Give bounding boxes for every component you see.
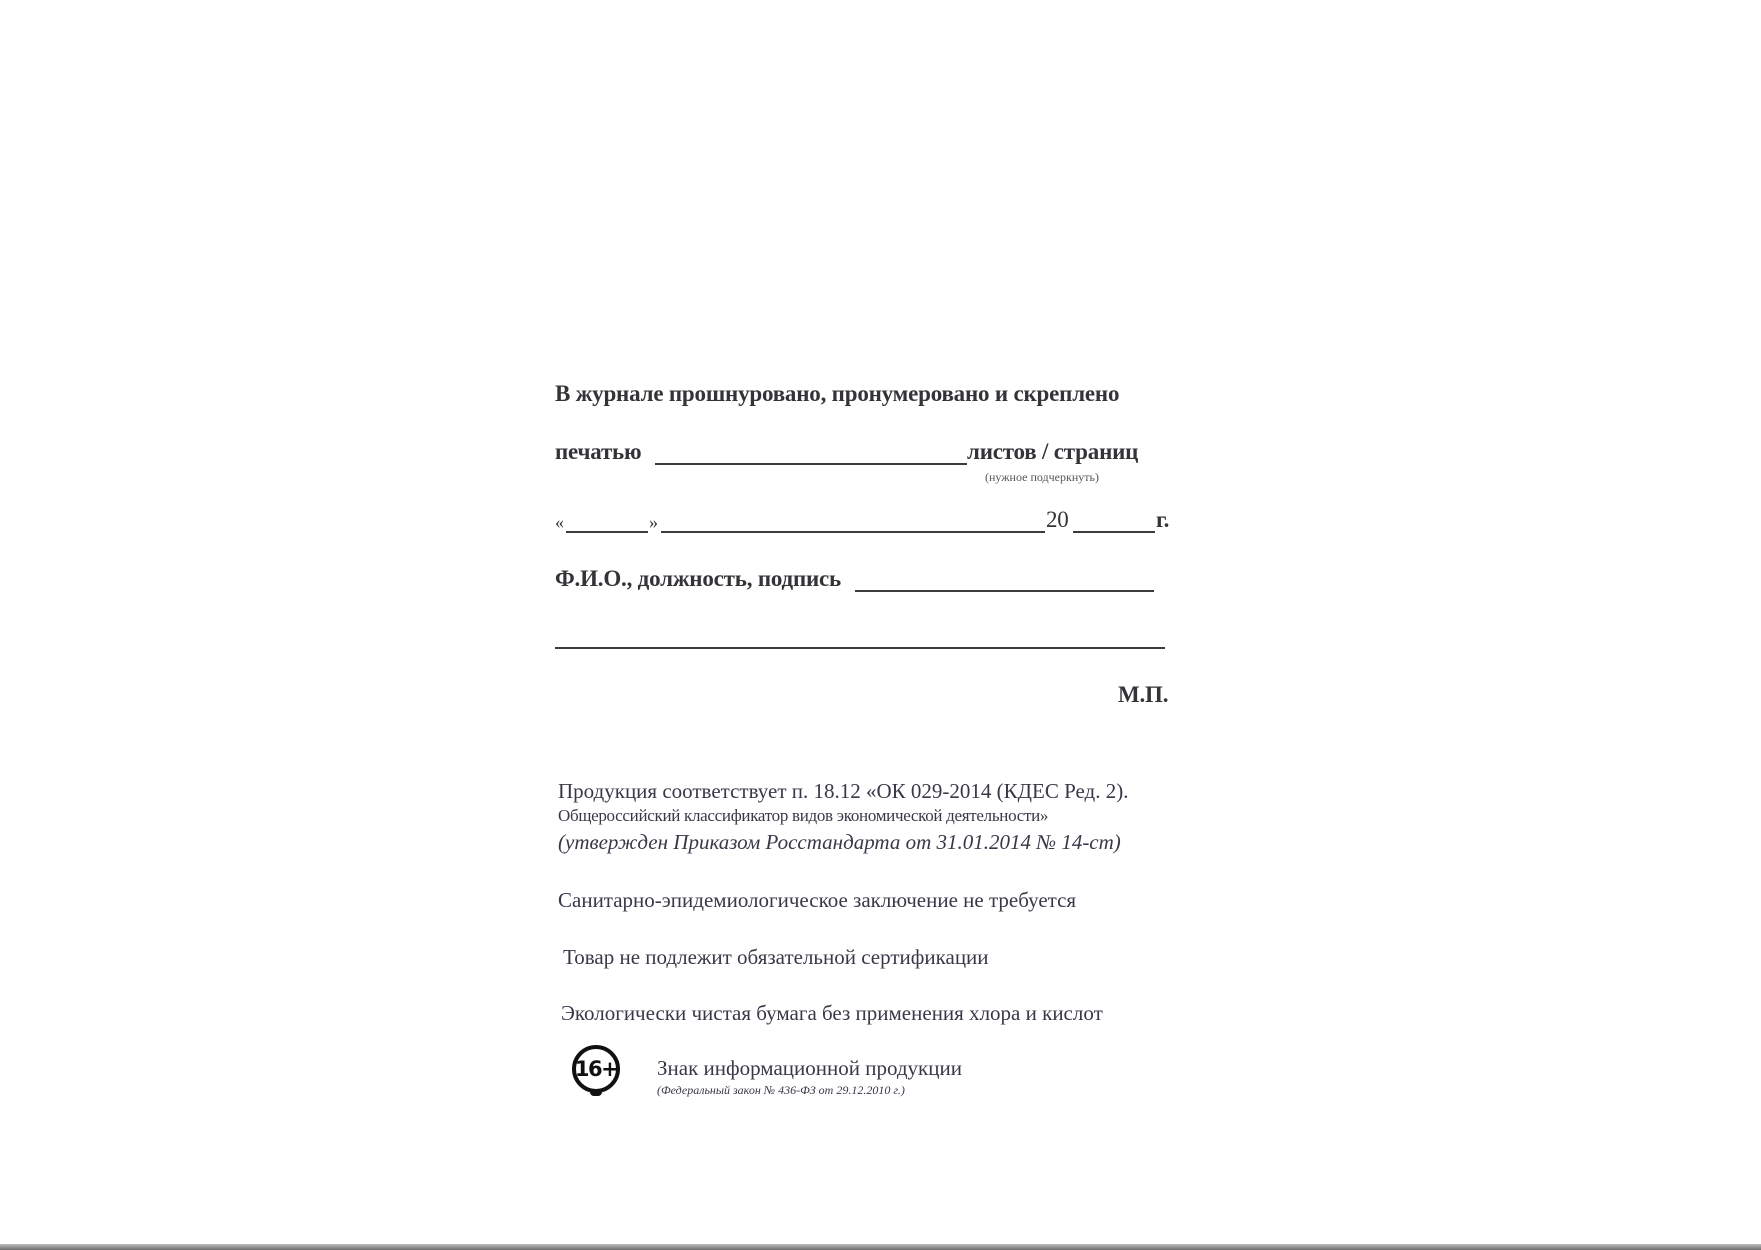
form-line-2-prefix: печатью bbox=[555, 439, 641, 465]
age-badge-stem bbox=[590, 1092, 602, 1096]
ecology-note: Экологически чистая бумага без применени… bbox=[561, 1001, 1103, 1026]
certification-note: Товар не подлежит обязательной сертифика… bbox=[563, 945, 989, 970]
signature-label: Ф.И.О., должность, подпись bbox=[555, 566, 841, 592]
date-month-blank[interactable] bbox=[661, 531, 1045, 533]
stamp-label: М.П. bbox=[1118, 682, 1168, 708]
age-rating-label: 16+ bbox=[575, 1057, 617, 1081]
form-line-1: В журнале прошнуровано, пронумеровано и … bbox=[555, 381, 1119, 407]
compliance-line-1: Продукция соответствует п. 18.12 «ОК 029… bbox=[558, 779, 1128, 804]
form-line-2-suffix: листов / страниц bbox=[967, 439, 1138, 465]
date-year-prefix: 20 bbox=[1046, 507, 1069, 533]
age-16-plus-icon: 16+ bbox=[572, 1045, 620, 1093]
sheets-count-blank[interactable] bbox=[655, 463, 967, 465]
form-line-2-note: (нужное подчеркнуть) bbox=[985, 470, 1099, 485]
date-close-quote: » bbox=[649, 512, 658, 533]
compliance-line-2: Общероссийский классификатор видов эконо… bbox=[558, 806, 1048, 826]
signature-continuation-blank[interactable] bbox=[555, 647, 1165, 649]
bottom-edge-bar bbox=[0, 1244, 1761, 1250]
date-year-suffix: г. bbox=[1156, 507, 1169, 533]
age-rating-subtitle: (Федеральный закон № 436-ФЗ от 29.12.201… bbox=[657, 1083, 905, 1098]
date-year-blank[interactable] bbox=[1073, 531, 1155, 533]
signature-blank[interactable] bbox=[855, 590, 1154, 592]
date-day-blank[interactable] bbox=[566, 531, 648, 533]
date-open-quote: « bbox=[555, 512, 564, 533]
sanitary-note: Санитарно-эпидемиологическое заключение … bbox=[558, 888, 1076, 913]
compliance-line-3: (утвержден Приказом Росстандарта от 31.0… bbox=[558, 830, 1121, 855]
age-rating-title: Знак информационной продукции bbox=[657, 1056, 962, 1081]
